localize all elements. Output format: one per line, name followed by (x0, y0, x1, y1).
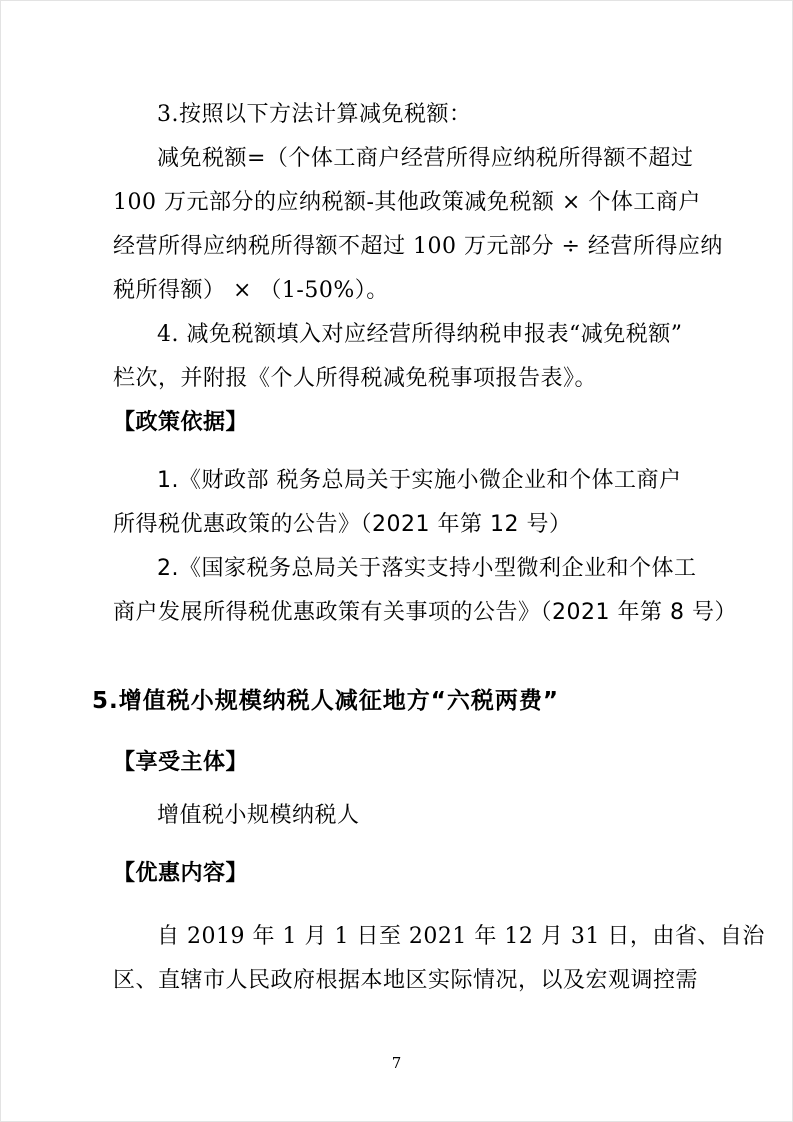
paragraph-beneficiary: 增值税小规模纳税人 (113, 794, 680, 838)
text-line: 增值税小规模纳税人 (113, 794, 680, 838)
section-5-title: 5.增值税小规模纳税人减征地方“六税两费” (92, 678, 702, 724)
heading-benefit: 【优惠内容】 (113, 852, 680, 896)
text-line: 经营所得应纳税所得额不超过 100 万元部分 ÷ 经营所得应纳 (113, 225, 680, 269)
heading-policy-basis: 【政策依据】 (113, 401, 680, 445)
paragraph-benefit: 自 2019 年 1 月 1 日至 2021 年 12 月 31 日，由省、自治… (113, 915, 680, 1003)
text-line: 2.《国家税务总局关于落实支持小型微利企业和个体工 (113, 547, 680, 591)
text-line: 税所得额） × （1-50%）。 (113, 269, 680, 313)
text-line: 栏次，并附报《个人所得税减免税事项报告表》。 (113, 357, 680, 401)
text-line: 减免税额=（个体工商户经营所得应纳税所得额不超过 (113, 137, 680, 181)
document-page: 3.按照以下方法计算减免税额： 减免税额=（个体工商户经营所得应纳税所得额不超过… (0, 0, 793, 1122)
text-line: 3.按照以下方法计算减免税额： (113, 93, 680, 137)
text-line: 4. 减免税额填入对应经营所得纳税申报表“减免税额” (113, 313, 680, 357)
text-line: 100 万元部分的应纳税额-其他政策减免税额 × 个体工商户 (113, 181, 680, 225)
text-line: 区、直辖市人民政府根据本地区实际情况，以及宏观调控需 (113, 959, 680, 1003)
text-line: 自 2019 年 1 月 1 日至 2021 年 12 月 31 日，由省、自治 (113, 915, 680, 959)
paragraph-policy-ref-1: 1.《财政部 税务总局关于实施小微企业和个体工商户 所得税优惠政策的公告》（20… (113, 459, 680, 547)
paragraph-method-intro: 3.按照以下方法计算减免税额： (113, 93, 680, 137)
text-line: 1.《财政部 税务总局关于实施小微企业和个体工商户 (113, 459, 680, 503)
paragraph-policy-ref-2: 2.《国家税务总局关于落实支持小型微利企业和个体工 商户发展所得税优惠政策有关事… (113, 547, 680, 635)
page-number: 7 (0, 1052, 793, 1074)
text-line: 商户发展所得税优惠政策有关事项的公告》（2021 年第 8 号） (113, 591, 680, 635)
text-line: 所得税优惠政策的公告》（2021 年第 12 号） (113, 503, 680, 547)
paragraph-filing: 4. 减免税额填入对应经营所得纳税申报表“减免税额” 栏次，并附报《个人所得税减… (113, 313, 680, 401)
paragraph-formula: 减免税额=（个体工商户经营所得应纳税所得额不超过 100 万元部分的应纳税额-其… (113, 137, 680, 313)
heading-beneficiary: 【享受主体】 (113, 741, 680, 785)
